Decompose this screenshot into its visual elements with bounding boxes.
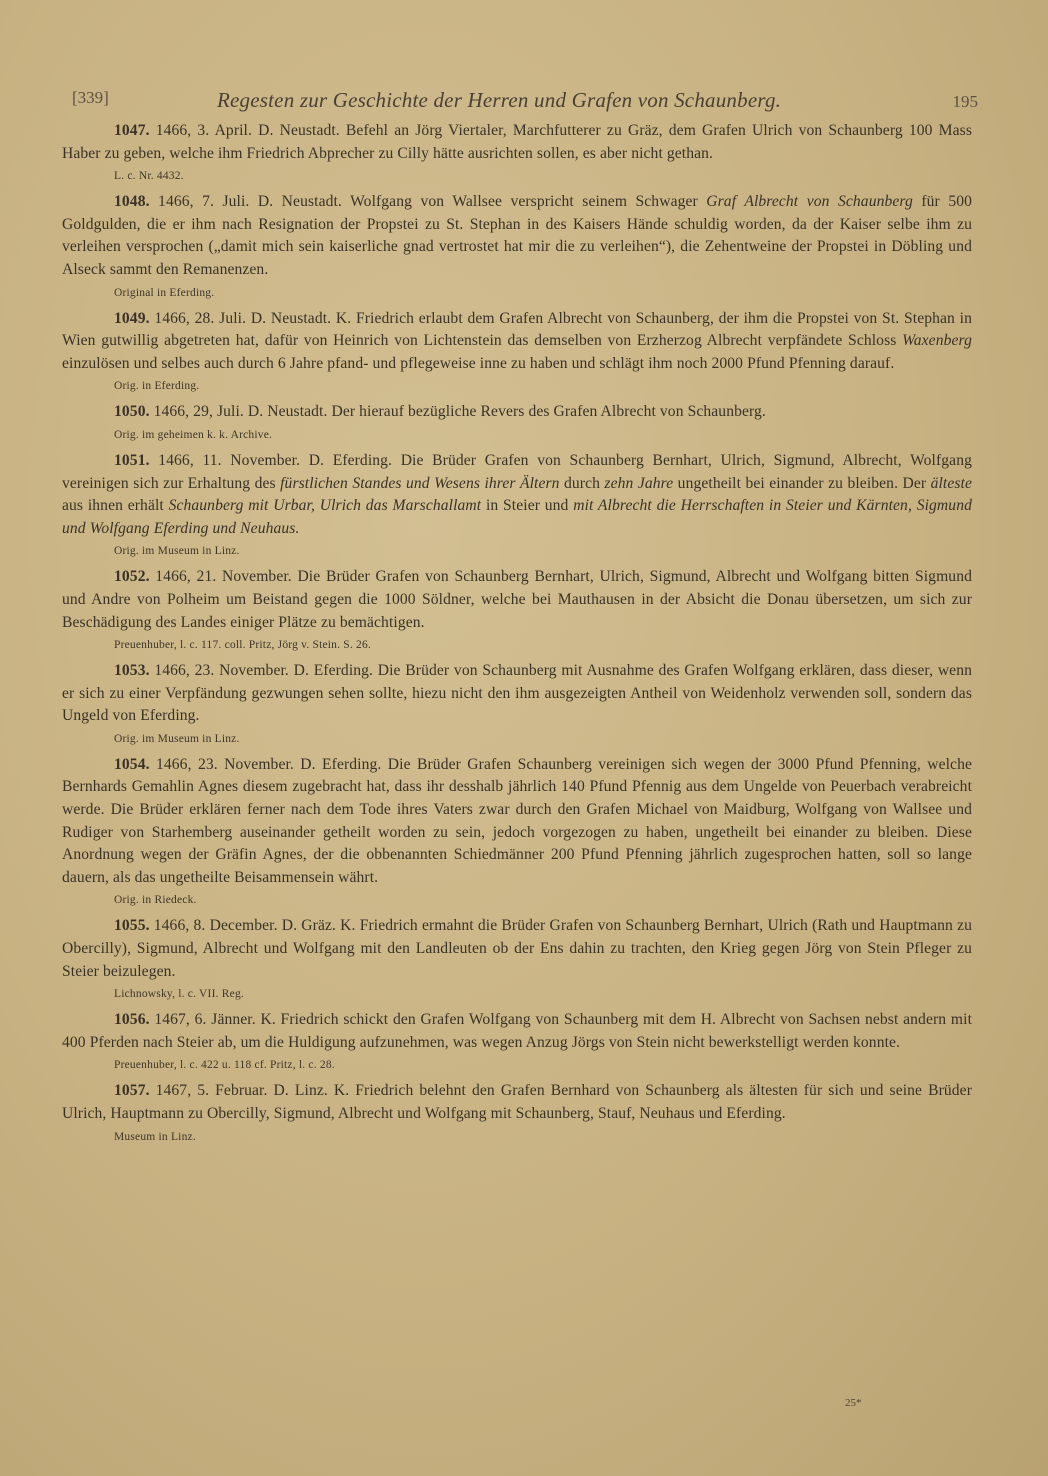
entry-source: Orig. in Eferding. <box>114 377 972 395</box>
entry-text: 1048. 1466, 7. Juli. D. Neustadt. Wolfga… <box>62 191 972 281</box>
entry-source: Orig. im Museum in Linz. <box>114 542 972 560</box>
document-page: [339] Regesten zur Geschichte der Herren… <box>62 80 972 1152</box>
page-number: 195 <box>953 92 979 112</box>
entry-body: 1466, 23. November. D. Eferding. Die Brü… <box>62 662 972 724</box>
regest-entry: 1057. 1467, 5. Februar. D. Linz. K. Frie… <box>62 1080 972 1145</box>
entry-source: Orig. im geheimen k. k. Archive. <box>114 426 972 444</box>
regest-entry: 1051. 1466, 11. November. D. Eferding. D… <box>62 450 972 560</box>
entry-body: aus ihnen erhält <box>62 497 169 514</box>
italic-phrase: Graf Albrecht von Schaunberg <box>706 193 913 210</box>
regest-entry: 1056. 1467, 6. Jänner. K. Friedrich schi… <box>62 1009 972 1074</box>
regest-entry: 1054. 1466, 23. November. D. Eferding. D… <box>62 754 972 910</box>
original-page-marker: [339] <box>72 88 109 108</box>
entry-source: Museum in Linz. <box>114 1128 972 1146</box>
regest-entry: 1055. 1466, 8. December. D. Gräz. K. Fri… <box>62 915 972 1003</box>
entry-text: 1049. 1466, 28. Juli. D. Neustadt. K. Fr… <box>62 308 972 376</box>
italic-phrase: fürstlichen Standes und Wesens ihrer Ält… <box>280 475 559 492</box>
entry-source: Original in Eferding. <box>114 284 972 302</box>
regest-entry: 1048. 1466, 7. Juli. D. Neustadt. Wolfga… <box>62 191 972 301</box>
entry-number: 1053. <box>114 662 150 679</box>
entry-number: 1051. <box>114 452 150 469</box>
entry-body: 1466, 21. November. Die Brüder Grafen vo… <box>62 568 972 630</box>
entry-source: Orig. im Museum in Linz. <box>114 730 972 748</box>
entry-source: Preuenhuber, l. c. 117. coll. Pritz, Jör… <box>114 636 972 654</box>
entry-body: 1467, 5. Februar. D. Linz. K. Friedrich … <box>62 1082 972 1122</box>
entry-body: 1466, 8. December. D. Gräz. K. Friedrich… <box>62 917 972 979</box>
entry-number: 1054. <box>114 756 150 773</box>
running-title: Regesten zur Geschichte der Herren und G… <box>217 88 781 113</box>
entry-text: 1053. 1466, 23. November. D. Eferding. D… <box>62 660 972 728</box>
entry-body: 1466, 29, Juli. D. Neustadt. Der hierauf… <box>150 403 766 420</box>
entry-body: 1466, 28. Juli. D. Neustadt. K. Friedric… <box>62 310 972 350</box>
entry-body: einzulösen und selbes auch durch 6 Jahre… <box>62 355 894 372</box>
entry-number: 1048. <box>114 193 150 210</box>
entry-text: 1047. 1466, 3. April. D. Neustadt. Befeh… <box>62 120 972 165</box>
regesta-list: 1047. 1466, 3. April. D. Neustadt. Befeh… <box>62 120 972 1146</box>
entry-text: 1050. 1466, 29, Juli. D. Neustadt. Der h… <box>62 401 972 424</box>
entry-body: 1466, 23. November. D. Eferding. Die Brü… <box>62 756 972 886</box>
entry-text: 1051. 1466, 11. November. D. Eferding. D… <box>62 450 972 540</box>
entry-body: durch <box>560 475 605 492</box>
entry-text: 1057. 1467, 5. Februar. D. Linz. K. Frie… <box>62 1080 972 1125</box>
entry-body: 1467, 6. Jänner. K. Friedrich schickt de… <box>62 1011 972 1051</box>
entry-source: L. c. Nr. 4432. <box>114 167 972 185</box>
entry-source: Lichnowsky, l. c. VII. Reg. <box>114 985 972 1003</box>
entry-number: 1056. <box>114 1011 150 1028</box>
signature-mark: 25* <box>845 1397 862 1409</box>
entry-body: 1466, 7. Juli. D. Neustadt. Wolfgang von… <box>150 193 707 210</box>
entry-number: 1047. <box>114 122 150 139</box>
entry-text: 1055. 1466, 8. December. D. Gräz. K. Fri… <box>62 915 972 983</box>
italic-phrase: älteste <box>931 475 972 492</box>
entry-body: in Steier und <box>481 497 573 514</box>
regest-entry: 1047. 1466, 3. April. D. Neustadt. Befeh… <box>62 120 972 185</box>
italic-phrase: Schaunberg mit Urbar, Ulrich das Marscha… <box>169 497 482 514</box>
entry-number: 1049. <box>114 310 150 327</box>
regest-entry: 1052. 1466, 21. November. Die Brüder Gra… <box>62 566 972 654</box>
regest-entry: 1053. 1466, 23. November. D. Eferding. D… <box>62 660 972 748</box>
entry-number: 1057. <box>114 1082 150 1099</box>
entry-source: Orig. in Riedeck. <box>114 891 972 909</box>
entry-text: 1052. 1466, 21. November. Die Brüder Gra… <box>62 566 972 634</box>
entry-number: 1055. <box>114 917 150 934</box>
entry-text: 1056. 1467, 6. Jänner. K. Friedrich schi… <box>62 1009 972 1054</box>
italic-phrase: zehn Jahre <box>604 475 673 492</box>
regest-entry: 1049. 1466, 28. Juli. D. Neustadt. K. Fr… <box>62 308 972 396</box>
italic-phrase: Waxenberg <box>902 332 972 349</box>
entry-text: 1054. 1466, 23. November. D. Eferding. D… <box>62 754 972 890</box>
regest-entry: 1050. 1466, 29, Juli. D. Neustadt. Der h… <box>62 401 972 444</box>
entry-body: ungetheilt bei einander zu bleiben. Der <box>673 475 930 492</box>
running-header: [339] Regesten zur Geschichte der Herren… <box>62 80 972 120</box>
entry-body: 1466, 3. April. D. Neustadt. Befehl an J… <box>62 122 972 162</box>
entry-number: 1052. <box>114 568 150 585</box>
entry-number: 1050. <box>114 403 150 420</box>
entry-source: Preuenhuber, l. c. 422 u. 118 cf. Pritz,… <box>114 1056 972 1074</box>
